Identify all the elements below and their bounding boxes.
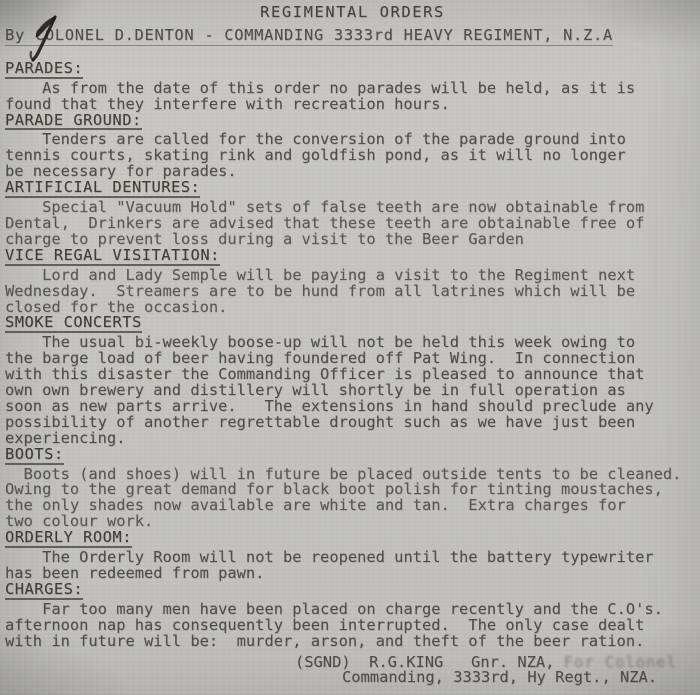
- document-page: REGIMENTAL ORDERS By COLONEL D.DENTON - …: [0, 0, 700, 695]
- section-parade-ground: PARADE GROUND: Tenders are called for th…: [5, 113, 700, 181]
- section-smoke-concerts: SMOKE CONCERTS The usual bi-weekly boose…: [5, 315, 700, 446]
- section-parades: PARADES: As from the date of this order …: [5, 61, 700, 113]
- section-artificial-dentures: ARTIFICIAL DENTURES: Special "Vacuum Hol…: [5, 180, 700, 248]
- section-body: The usual bi-weekly boose-up will not be…: [5, 335, 700, 446]
- section-heading: SMOKE CONCERTS: [5, 315, 142, 333]
- document-content: REGIMENTAL ORDERS By COLONEL D.DENTON - …: [5, 5, 700, 686]
- section-charges: CHARGES: Far too many men have been plac…: [5, 582, 700, 650]
- section-heading: PARADE GROUND:: [5, 113, 142, 131]
- signature-line-2: Commanding, 3333rd, Hy Regt., NZA.: [342, 670, 700, 686]
- page-title: REGIMENTAL ORDERS: [260, 5, 445, 21]
- section-heading: PARADES:: [5, 61, 83, 79]
- section-body: Far too many men have been placed on cha…: [5, 602, 700, 650]
- section-heading: ARTIFICIAL DENTURES:: [5, 180, 200, 198]
- section-vice-regal-visitation: VICE REGAL VISITATION: Lord and Lady Sem…: [5, 248, 700, 316]
- signature-block: (SGND) R.G.KING Gnr. NZA, For Colonel Co…: [5, 655, 700, 687]
- section-boots: BOOTS: Boots (and shoes) will in future …: [5, 447, 700, 531]
- section-heading: ORDERLY ROOM:: [5, 530, 132, 548]
- section-heading: VICE REGAL VISITATION:: [5, 248, 220, 266]
- signature-smudge: For Colonel: [564, 655, 677, 671]
- section-body: The Orderly Room will not be reopened un…: [5, 550, 700, 582]
- handwritten-mark-icon: [24, 13, 62, 63]
- section-orderly-room: ORDERLY ROOM: The Orderly Room will not …: [5, 530, 700, 582]
- section-body: Tenders are called for the conversion of…: [5, 132, 700, 180]
- byline: By COLONEL D.DENTON - COMMANDING 3333rd …: [5, 28, 613, 46]
- section-heading: CHARGES:: [5, 582, 83, 600]
- section-heading: BOOTS:: [5, 447, 64, 465]
- section-body: As from the date of this order no parade…: [5, 81, 700, 113]
- section-body: Special "Vacuum Hold" sets of false teet…: [5, 200, 700, 248]
- section-body: Lord and Lady Semple will be paying a vi…: [5, 268, 700, 316]
- section-body: Boots (and shoes) will in future be plac…: [5, 467, 700, 531]
